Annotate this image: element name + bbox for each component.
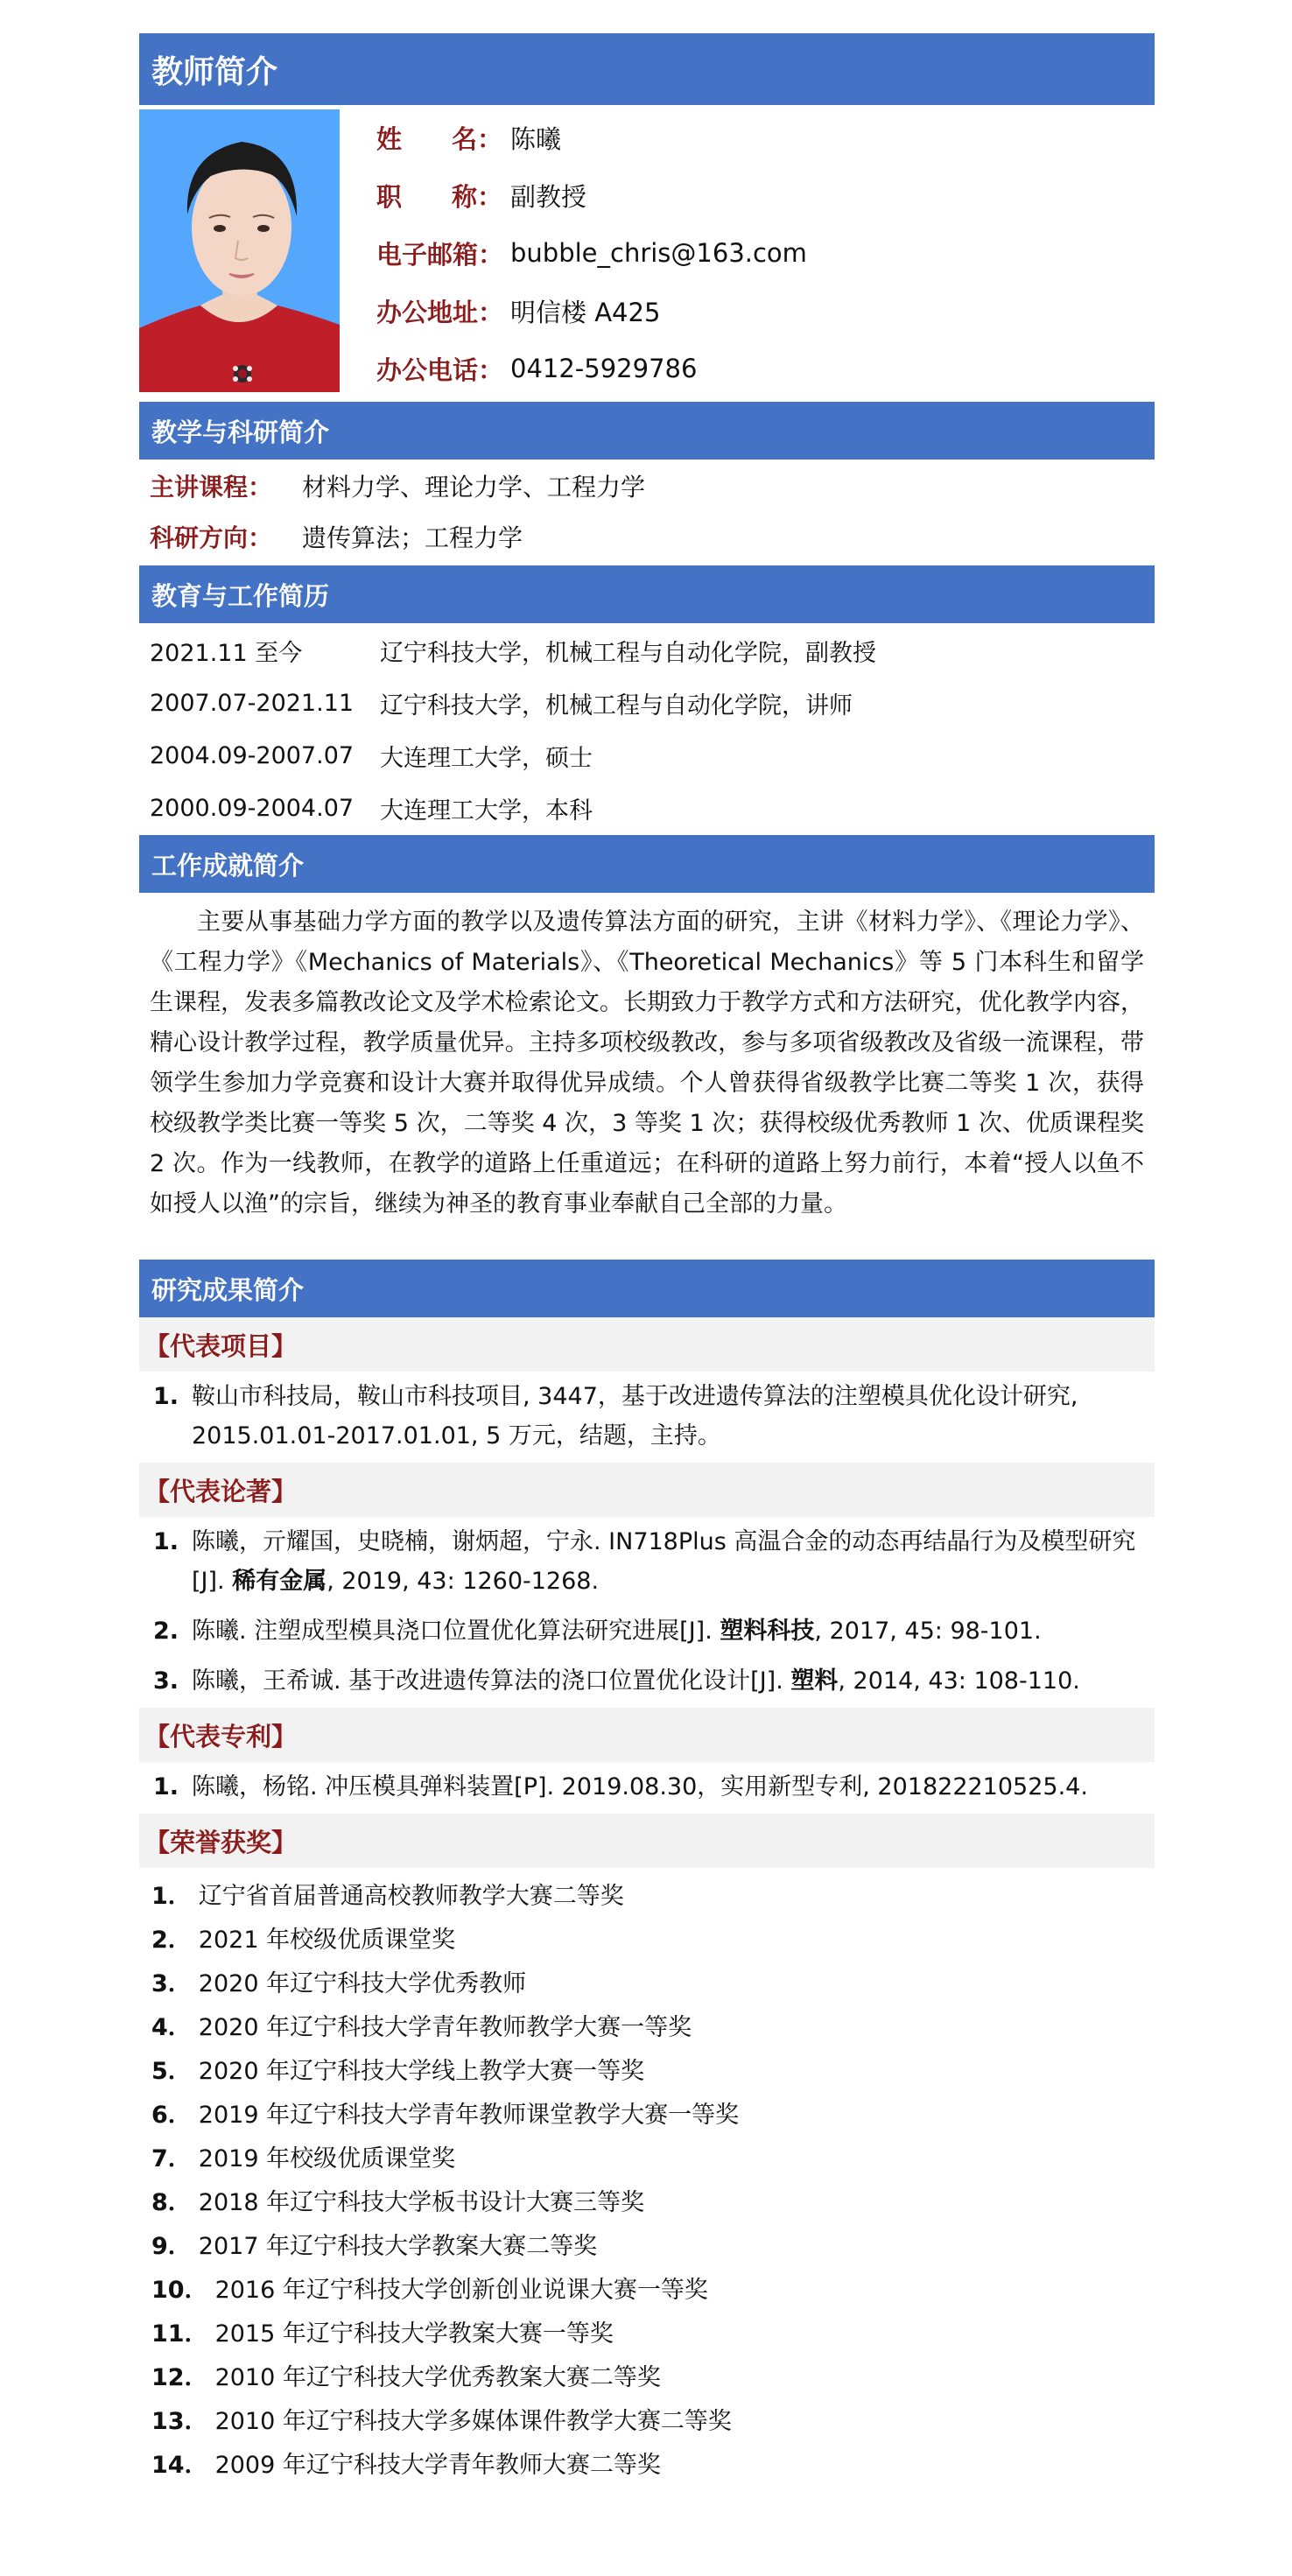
phone-value: 0412-5929786	[510, 354, 697, 383]
education-desc: 大连理工大学，硕士	[380, 739, 593, 773]
honor-text: 2019 年辽宁科技大学青年教师课堂教学大赛一等奖	[199, 2095, 739, 2130]
achievements-paragraph: 主要从事基础力学方面的教学以及遗传算法方面的研究，主讲《材料力学》、《理论力学》…	[139, 893, 1155, 1260]
honor-text: 2015 年辽宁科技大学教案大赛一等奖	[215, 2314, 614, 2348]
honor-item: 13．2010 年辽宁科技大学多媒体课件教学大赛二等奖	[151, 2397, 1142, 2440]
email-value[interactable]: bubble_chris@163.com	[510, 238, 807, 268]
list-item: 2. 陈曦. 注塑成型模具浇口位置优化算法研究进展[J]. 塑料科技, 2017…	[151, 1611, 1142, 1651]
label-part: 称：	[452, 178, 502, 214]
item-text: 鞍山市科技局，鞍山市科技项目, 3447，基于改进遗传算法的注塑模具优化设计研究…	[192, 1377, 1142, 1456]
field-name: 姓 名： 陈曦	[376, 109, 807, 166]
honors-list: 1．辽宁省首届普通高校教师教学大赛二等奖 2．2021 年校级优质课堂奖 3．2…	[139, 1868, 1155, 2484]
field-label: 姓 名：	[376, 120, 502, 156]
teacher-title: 副教授	[510, 178, 586, 214]
honor-item: 10．2016 年辽宁科技大学创新创业说课大赛一等奖	[151, 2265, 1142, 2309]
field-label: 科研方向：	[150, 519, 302, 554]
item-number: 9．	[151, 2227, 192, 2261]
item-number: 3.	[151, 1661, 192, 1701]
item-number: 5．	[151, 2052, 192, 2086]
honor-text: 2018 年辽宁科技大学板书设计大赛三等奖	[199, 2183, 644, 2217]
education-date: 2007.07-2021.11	[150, 690, 380, 717]
item-number: 11．	[151, 2314, 208, 2348]
projects-list: 1. 鞍山市科技局，鞍山市科技项目, 3447，基于改进遗传算法的注塑模具优化设…	[139, 1372, 1155, 1463]
item-number: 14．	[151, 2446, 208, 2480]
section-header-teaching: 教学与科研简介	[139, 402, 1155, 460]
field-office: 办公地址： 明信楼 A425	[376, 282, 807, 340]
item-number: 1.	[151, 1377, 192, 1456]
citation-detail: , 2017, 45: 98-101.	[814, 1618, 1041, 1645]
field-title: 职 称： 副教授	[376, 166, 807, 224]
field-label: 职 称：	[376, 178, 502, 214]
education-date: 2004.09-2007.07	[150, 742, 380, 769]
section-header-research: 研究成果简介	[139, 1260, 1155, 1317]
honor-item: 6．2019 年辽宁科技大学青年教师课堂教学大赛一等奖	[151, 2090, 1142, 2134]
item-number: 10．	[151, 2271, 208, 2305]
spacer	[151, 1651, 1142, 1661]
section-title: 研究成果简介	[151, 1271, 304, 1307]
honor-item: 3．2020 年辽宁科技大学优秀教师	[151, 1959, 1142, 2003]
education-list: 2021.11 至今 辽宁科技大学，机械工程与自动化学院，副教授 2007.07…	[139, 624, 1155, 835]
courses-row: 主讲课程： 材料力学、理论力学、工程力学	[150, 460, 1155, 511]
education-row: 2000.09-2004.07 大连理工大学，本科	[139, 782, 1155, 834]
patents-list: 1. 陈曦，杨铭. 冲压模具弹料装置[P]. 2019.08.30，实用新型专利…	[139, 1762, 1155, 1814]
honor-text: 2020 年辽宁科技大学青年教师教学大赛一等奖	[199, 2008, 692, 2042]
journal-name: 稀有金属	[232, 1568, 327, 1595]
section-title: 教学与科研简介	[151, 413, 329, 449]
citation-text: 陈曦，王希诚. 基于改进遗传算法的浇口位置优化设计[J].	[192, 1667, 790, 1695]
list-item: 1. 鞍山市科技局，鞍山市科技项目, 3447，基于改进遗传算法的注塑模具优化设…	[151, 1377, 1142, 1456]
list-item: 1. 陈曦，杨铭. 冲压模具弹料装置[P]. 2019.08.30，实用新型专利…	[151, 1767, 1142, 1807]
item-number: 2．	[151, 1920, 192, 1955]
teacher-photo	[139, 109, 340, 392]
section-title: 教师简介	[151, 47, 277, 92]
subsection-papers: 【代表论著】	[139, 1463, 1155, 1517]
education-row: 2021.11 至今 辽宁科技大学，机械工程与自动化学院，副教授	[139, 624, 1155, 677]
citation-detail: , 2019, 43: 1260-1268.	[327, 1568, 599, 1595]
honor-item: 2．2021 年校级优质课堂奖	[151, 1915, 1142, 1959]
list-item: 3. 陈曦，王希诚. 基于改进遗传算法的浇口位置优化设计[J]. 塑料, 201…	[151, 1661, 1142, 1701]
honor-text: 2009 年辽宁科技大学青年教师大赛二等奖	[215, 2446, 661, 2480]
label-part: 名：	[452, 120, 502, 156]
journal-name: 塑料科技	[720, 1618, 814, 1645]
honor-item: 8．2018 年辽宁科技大学板书设计大赛三等奖	[151, 2178, 1142, 2222]
honor-text: 2010 年辽宁科技大学优秀教案大赛二等奖	[215, 2358, 661, 2392]
item-text: 陈曦，亓耀国，史晓楠，谢炳超，宁永. IN718Plus 高温合金的动态再结晶行…	[192, 1522, 1142, 1601]
profile-block: 姓 名： 陈曦 职 称： 副教授 电子邮箱： bubble_chris@163.…	[139, 109, 1155, 402]
courses-value: 材料力学、理论力学、工程力学	[302, 468, 645, 503]
subsection-honors: 【荣誉获奖】	[139, 1814, 1155, 1868]
subsection-title: 【代表论著】	[144, 1472, 297, 1508]
honor-text: 2021 年校级优质课堂奖	[199, 1920, 455, 1955]
honor-item: 11．2015 年辽宁科技大学教案大赛一等奖	[151, 2309, 1142, 2353]
item-number: 2.	[151, 1611, 192, 1651]
field-phone: 办公电话： 0412-5929786	[376, 340, 807, 397]
honor-item: 9．2017 年辽宁科技大学教案大赛二等奖	[151, 2222, 1142, 2265]
field-label: 主讲课程：	[150, 468, 302, 503]
subsection-patents: 【代表专利】	[139, 1708, 1155, 1762]
list-item: 1. 陈曦，亓耀国，史晓楠，谢炳超，宁永. IN718Plus 高温合金的动态再…	[151, 1522, 1142, 1601]
honor-item: 14．2009 年辽宁科技大学青年教师大赛二等奖	[151, 2440, 1142, 2484]
item-number: 8．	[151, 2183, 192, 2217]
education-desc: 辽宁科技大学，机械工程与自动化学院，讲师	[380, 686, 853, 720]
honor-text: 2020 年辽宁科技大学优秀教师	[199, 1964, 526, 1998]
section-title: 工作成就简介	[151, 846, 304, 882]
honor-item: 12．2010 年辽宁科技大学优秀教案大赛二等奖	[151, 2353, 1142, 2397]
citation-detail: , 2014, 43: 108-110.	[838, 1667, 1079, 1695]
research-direction-row: 科研方向： 遗传算法；工程力学	[150, 511, 1155, 562]
subsection-title: 【代表项目】	[144, 1327, 297, 1363]
label-part: 姓	[376, 120, 402, 156]
field-label: 办公地址：	[376, 293, 510, 329]
portrait-icon	[139, 109, 340, 392]
honor-item: 5．2020 年辽宁科技大学线上教学大赛一等奖	[151, 2046, 1142, 2090]
education-row: 2007.07-2021.11 辽宁科技大学，机械工程与自动化学院，讲师	[139, 677, 1155, 729]
item-number: 1.	[151, 1767, 192, 1807]
item-text: 陈曦，杨铭. 冲压模具弹料装置[P]. 2019.08.30，实用新型专利, 2…	[192, 1767, 1142, 1807]
education-date: 2021.11 至今	[150, 634, 380, 668]
journal-name: 塑料	[790, 1667, 838, 1695]
honor-item: 7．2019 年校级优质课堂奖	[151, 2134, 1142, 2178]
item-number: 3．	[151, 1964, 192, 1998]
honor-text: 辽宁省首届普通高校教师教学大赛二等奖	[199, 1877, 624, 1911]
teacher-profile-page: 教师简介	[139, 33, 1155, 2484]
item-text: 陈曦. 注塑成型模具浇口位置优化算法研究进展[J]. 塑料科技, 2017, 4…	[192, 1611, 1142, 1651]
item-number: 1.	[151, 1522, 192, 1601]
section-title: 教育与工作简历	[151, 577, 329, 613]
honor-item: 4．2020 年辽宁科技大学青年教师教学大赛一等奖	[151, 2003, 1142, 2046]
section-header-education: 教育与工作简历	[139, 565, 1155, 623]
honor-text: 2010 年辽宁科技大学多媒体课件教学大赛二等奖	[215, 2402, 732, 2436]
profile-info: 姓 名： 陈曦 职 称： 副教授 电子邮箱： bubble_chris@163.…	[376, 109, 807, 397]
item-number: 6．	[151, 2095, 192, 2130]
citation-text: 陈曦. 注塑成型模具浇口位置优化算法研究进展[J].	[192, 1618, 720, 1645]
education-row: 2004.09-2007.07 大连理工大学，硕士	[139, 729, 1155, 782]
item-text: 陈曦，王希诚. 基于改进遗传算法的浇口位置优化设计[J]. 塑料, 2014, …	[192, 1661, 1142, 1701]
education-desc: 辽宁科技大学，机械工程与自动化学院，副教授	[380, 634, 876, 668]
section-header-achievements: 工作成就简介	[139, 835, 1155, 893]
subsection-projects: 【代表项目】	[139, 1317, 1155, 1372]
education-date: 2000.09-2004.07	[150, 795, 380, 822]
field-label: 电子邮箱：	[376, 235, 510, 271]
item-number: 1．	[151, 1877, 192, 1911]
item-number: 12．	[151, 2358, 208, 2392]
papers-list: 1. 陈曦，亓耀国，史晓楠，谢炳超，宁永. IN718Plus 高温合金的动态再…	[139, 1517, 1155, 1708]
field-label: 办公电话：	[376, 351, 510, 387]
item-number: 13．	[151, 2402, 208, 2436]
education-desc: 大连理工大学，本科	[380, 791, 593, 825]
office-value: 明信楼 A425	[510, 293, 660, 329]
honor-text: 2019 年校级优质课堂奖	[199, 2139, 455, 2173]
subsection-title: 【荣誉获奖】	[144, 1823, 297, 1859]
honor-text: 2016 年辽宁科技大学创新创业说课大赛一等奖	[215, 2271, 708, 2305]
section-header-profile: 教师简介	[139, 33, 1155, 105]
subsection-title: 【代表专利】	[144, 1717, 297, 1753]
honor-text: 2017 年辽宁科技大学教案大赛二等奖	[199, 2227, 597, 2261]
teacher-name: 陈曦	[510, 120, 561, 156]
item-number: 4．	[151, 2008, 192, 2042]
field-email: 电子邮箱： bubble_chris@163.com	[376, 224, 807, 282]
honor-text: 2020 年辽宁科技大学线上教学大赛一等奖	[199, 2052, 644, 2086]
research-direction-value: 遗传算法；工程力学	[302, 519, 523, 554]
item-number: 7．	[151, 2139, 192, 2173]
spacer	[151, 1601, 1142, 1611]
label-part: 职	[376, 178, 402, 214]
teaching-block: 主讲课程： 材料力学、理论力学、工程力学 科研方向： 遗传算法；工程力学	[139, 460, 1155, 562]
honor-item: 1．辽宁省首届普通高校教师教学大赛二等奖	[151, 1871, 1142, 1915]
